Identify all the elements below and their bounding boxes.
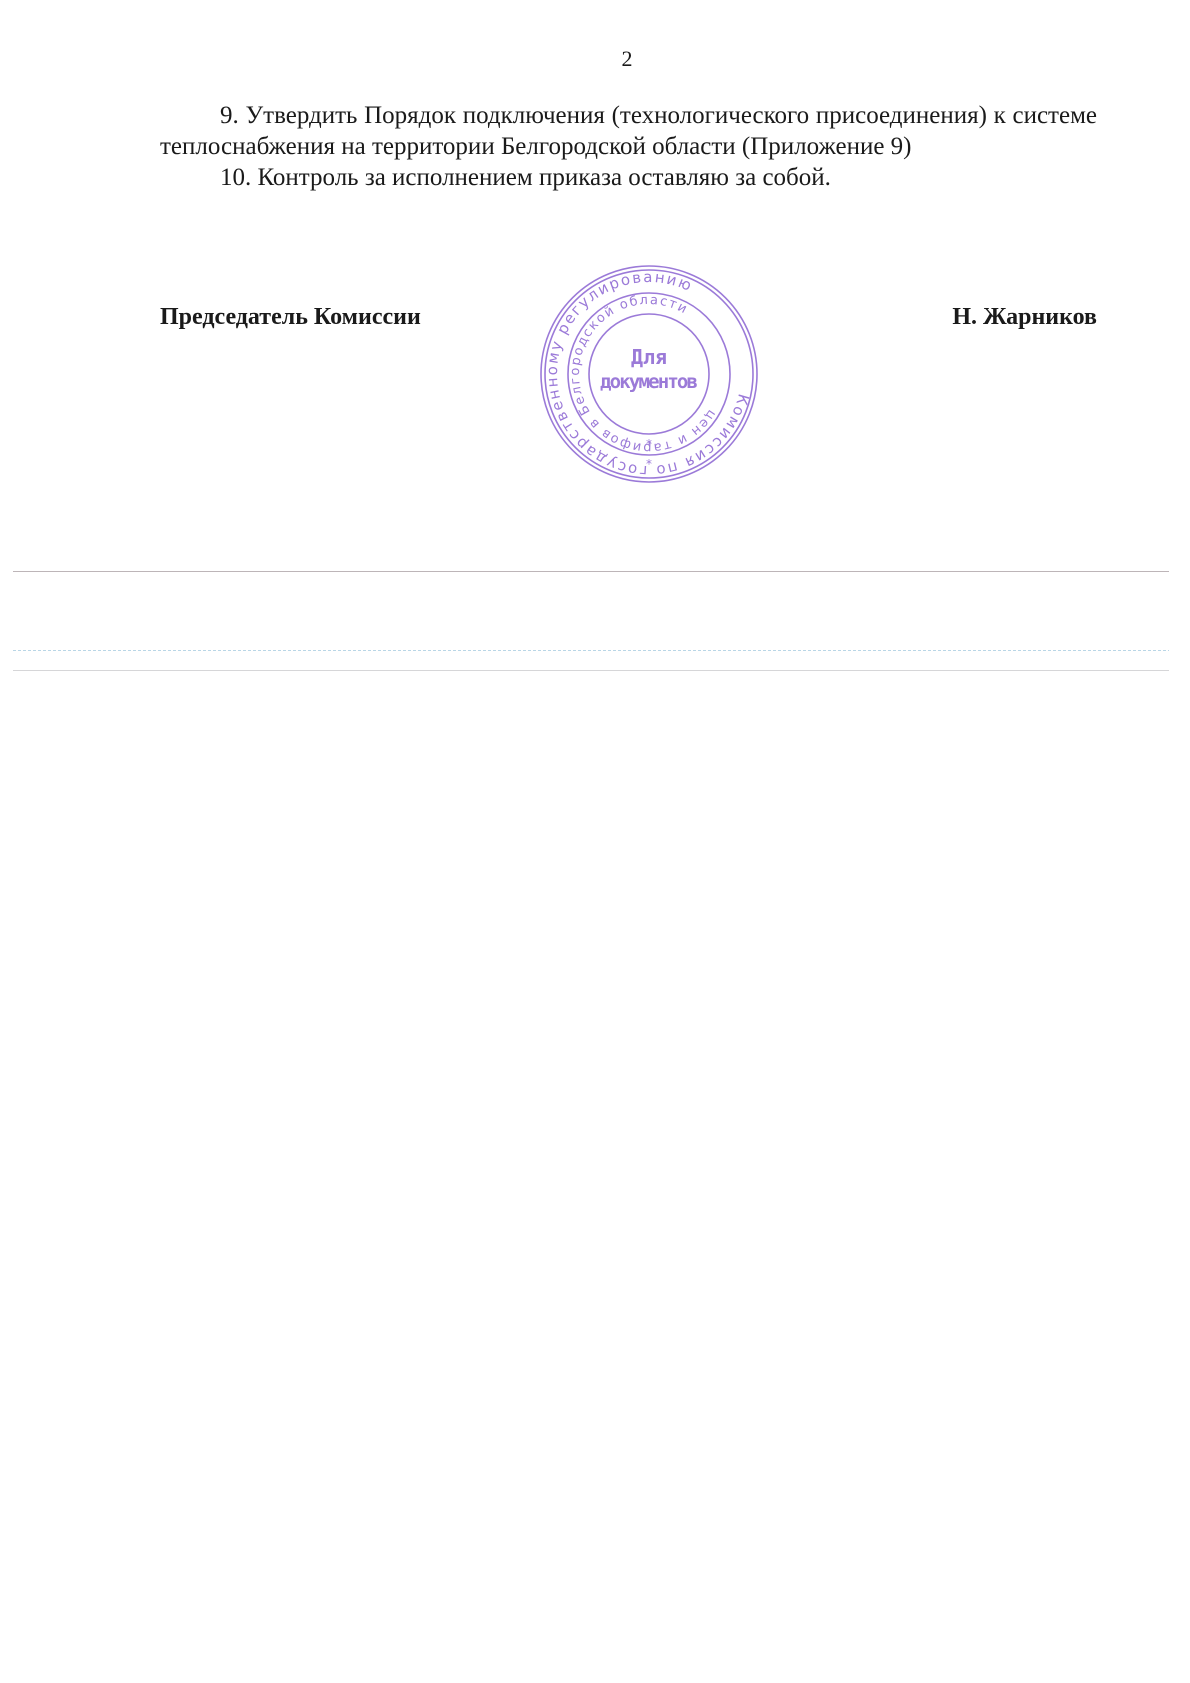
seal-center-line-2: документов [600, 371, 698, 393]
scan-artifact-line [13, 670, 1169, 671]
seal-center-line-1: Для [631, 345, 667, 369]
seal-star-icon: * [646, 457, 652, 471]
seal-star-icon: * [646, 437, 652, 451]
signatory-name: Н. Жарников [952, 304, 1097, 331]
paragraph-9: 9. Утвердить Порядок подключения (технол… [160, 100, 1097, 162]
document-body: 9. Утвердить Порядок подключения (технол… [160, 100, 1097, 193]
paragraph-10: 10. Контроль за исполнением приказа оста… [160, 162, 1097, 193]
scan-artifact-line [13, 650, 1169, 651]
official-seal: Комиссия по государственному регулирован… [538, 263, 760, 485]
scan-artifact-line [13, 571, 1169, 572]
page-number: 2 [0, 46, 1190, 72]
signatory-title: Председатель Комиссии [160, 304, 421, 331]
